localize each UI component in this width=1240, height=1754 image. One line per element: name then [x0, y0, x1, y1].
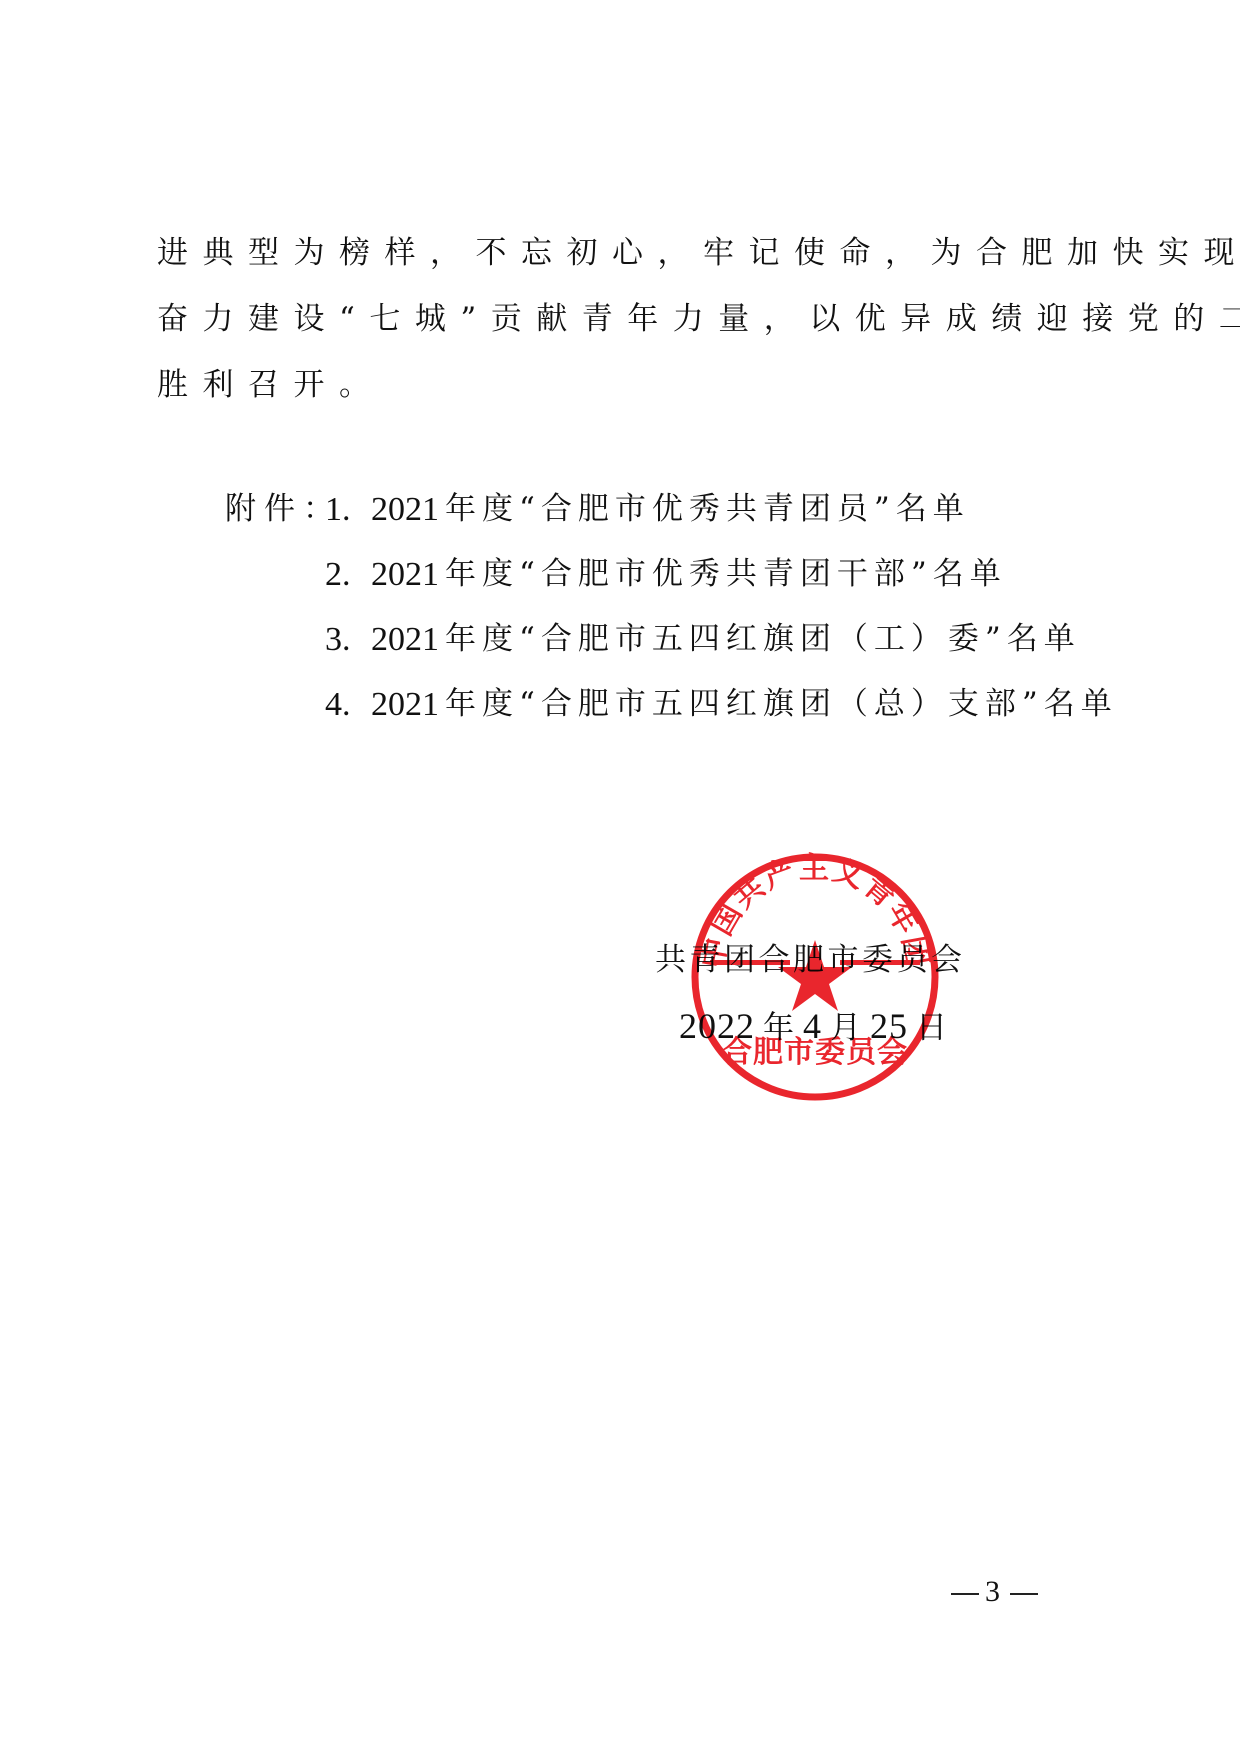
- date-month: 4: [803, 1006, 822, 1046]
- attachments-label: 附件：: [225, 477, 325, 542]
- attachment-item-1: 附件： 1. 2021 年度“合肥市优秀共青团员”名单: [225, 477, 1118, 542]
- dash-right: [1010, 1593, 1038, 1595]
- attachment-title: 年度“合肥市优秀共青团员”名单: [445, 477, 970, 542]
- document-page: 进典型为榜样，不忘初心，牢记使命，为合肥加快实现“五高”、 奋力建设“七城”贡献…: [0, 0, 1240, 1754]
- date-year-unit: 年: [763, 1010, 795, 1046]
- attachment-number: 4.: [325, 672, 371, 737]
- attachments-list: 附件： 1. 2021 年度“合肥市优秀共青团员”名单 2. 2021 年度“合…: [225, 477, 1118, 737]
- attachment-number: 3.: [325, 607, 371, 672]
- date-day-unit: 日: [916, 1010, 948, 1046]
- date-day: 25: [870, 1006, 908, 1046]
- page-number-value: 3: [985, 1575, 1004, 1608]
- body-paragraph: 进典型为榜样，不忘初心，牢记使命，为合肥加快实现“五高”、 奋力建设“七城”贡献…: [157, 220, 1087, 418]
- date-year: 2022: [679, 1006, 755, 1046]
- attachment-number: 1.: [325, 477, 371, 542]
- attachment-year: 2021: [371, 542, 439, 607]
- attachment-title: 年度“合肥市优秀共青团干部”名单: [445, 542, 1007, 607]
- attachment-item-4: 4. 2021 年度“合肥市五四红旗团（总）支部”名单: [225, 672, 1118, 737]
- attachment-year: 2021: [371, 672, 439, 737]
- body-line-2: 奋力建设“七城”贡献青年力量，以优异成绩迎接党的二十大: [157, 286, 1087, 352]
- attachment-title: 年度“合肥市五四红旗团（工）委”名单: [445, 607, 1081, 672]
- issuing-organization: 共青团合肥市委员会: [655, 927, 975, 993]
- attachment-year: 2021: [371, 477, 439, 542]
- attachment-title: 年度“合肥市五四红旗团（总）支部”名单: [445, 672, 1118, 737]
- page-number: 3: [945, 1575, 1044, 1609]
- date-month-unit: 月: [830, 1010, 862, 1046]
- body-line-3: 胜利召开。: [157, 352, 1087, 418]
- issue-date: 2022年4月25日: [655, 993, 975, 1061]
- attachment-item-3: 3. 2021 年度“合肥市五四红旗团（工）委”名单: [225, 607, 1118, 672]
- body-line-1: 进典型为榜样，不忘初心，牢记使命，为合肥加快实现“五高”、: [157, 220, 1087, 286]
- attachment-number: 2.: [325, 542, 371, 607]
- dash-left: [951, 1593, 979, 1595]
- signature-block: 共青团合肥市委员会 2022年4月25日: [655, 927, 975, 1061]
- attachment-item-2: 2. 2021 年度“合肥市优秀共青团干部”名单: [225, 542, 1118, 607]
- attachment-year: 2021: [371, 607, 439, 672]
